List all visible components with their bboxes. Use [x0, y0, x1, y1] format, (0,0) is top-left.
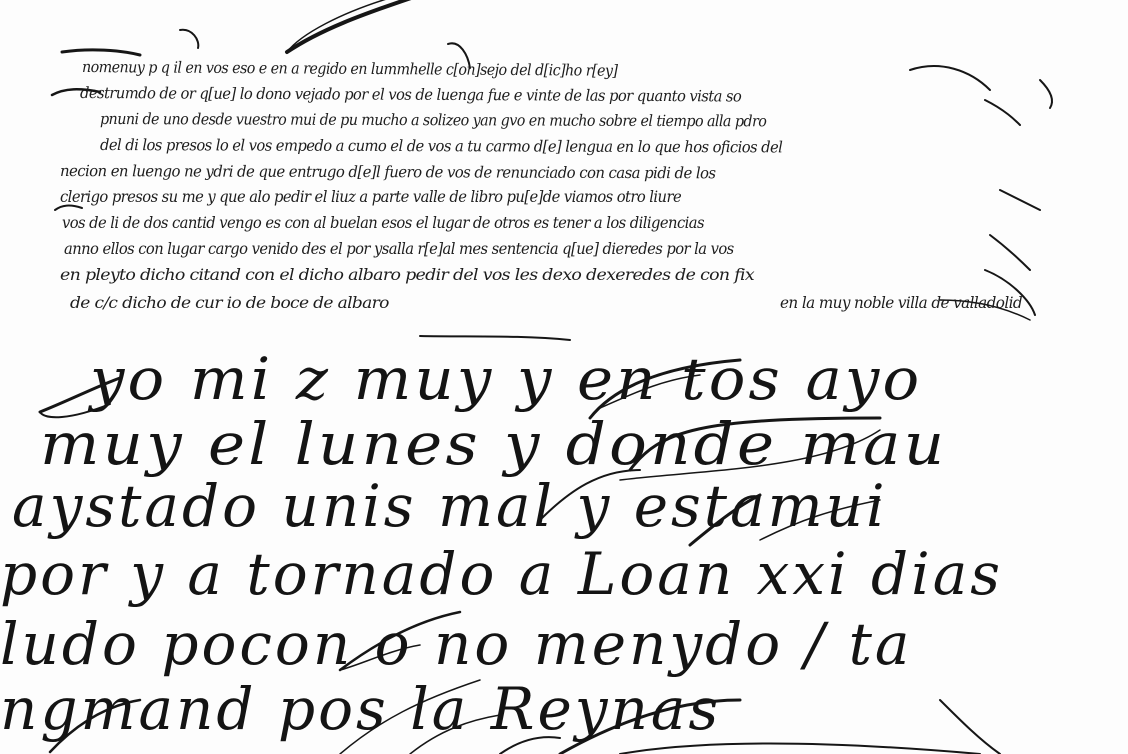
upper-line: en pleyto dicho citand con el dicho alba…: [60, 266, 754, 284]
manuscript-page: nomenuy p q il en vos eso e en a regido …: [0, 0, 1128, 754]
upper-line: destrumdo de or q[ue] lo dono vejado por…: [80, 84, 741, 105]
upper-line: nomenuy p q il en vos eso e en a regido …: [82, 58, 618, 80]
upper-line: vos de li de dos cantid vengo es con al …: [62, 214, 704, 232]
lower-line: muy el lunes y donde mau: [40, 410, 947, 478]
upper-line: necion en luengo ne ydri de que entrugo …: [60, 162, 716, 182]
upper-line: del di los presos lo el vos empedo a cum…: [100, 136, 782, 156]
lower-line: ludo pocon o no menydo / ta: [0, 610, 912, 678]
lower-line: yo mi z muy y en tos ayo: [90, 345, 922, 413]
lower-line: ngmand pos la Reynas: [0, 675, 721, 743]
lower-line: por y a tornado a Loan xxi dias: [0, 540, 1003, 608]
upper-text-block: nomenuy p q il en vos eso e en a regido …: [60, 58, 1045, 348]
lower-line: aystado unis mal y estamui: [12, 472, 888, 540]
upper-line: de c/c dicho de cur io de boce de albaro: [70, 294, 389, 312]
upper-line: pnuni de uno desde vuestro mui de pu muc…: [100, 110, 766, 130]
upper-line: clerigo presos su me y que alo pedir el …: [60, 188, 681, 206]
upper-line: anno ellos con lugar cargo venido des el…: [64, 240, 734, 258]
upper-line: en la muy noble villa de valladolid: [780, 294, 1022, 312]
